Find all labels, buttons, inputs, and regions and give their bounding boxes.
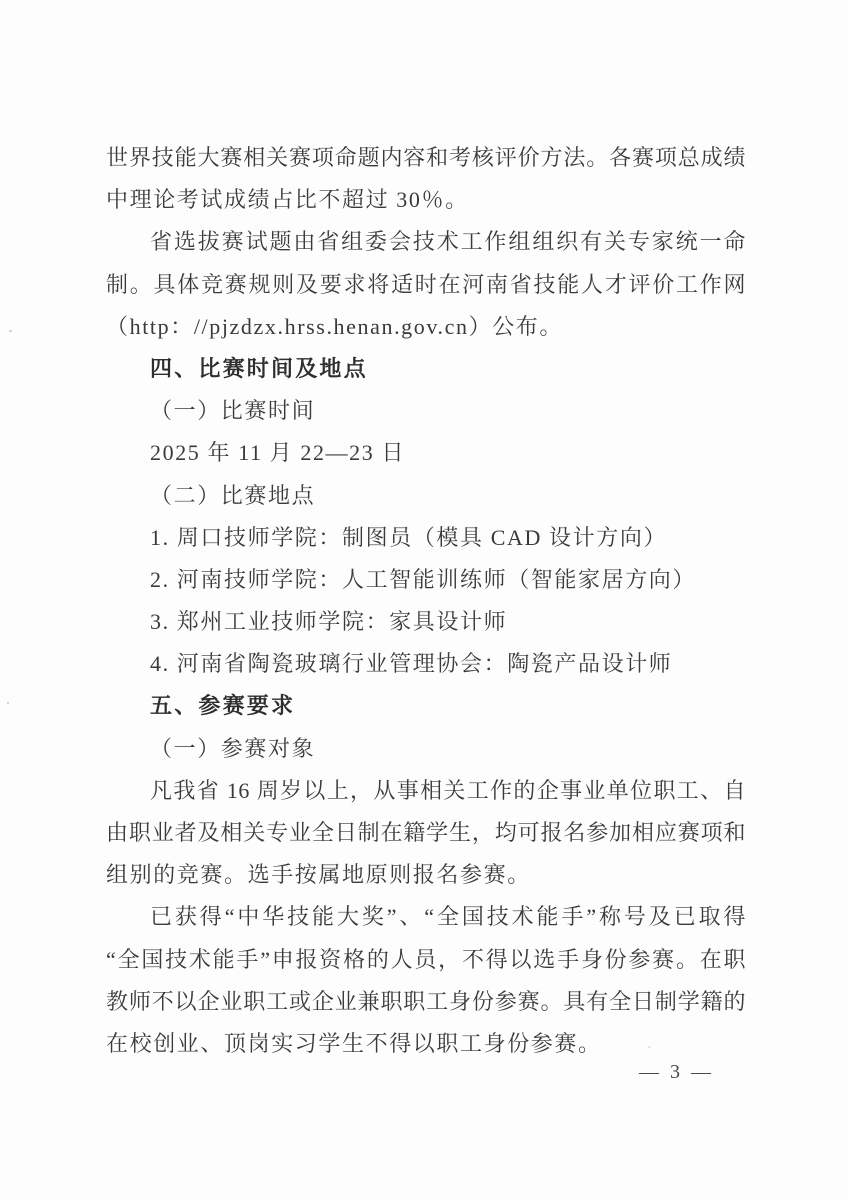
text-line: 已获得“中华技能大奖”、“全国技术能手”称号及已取得 bbox=[106, 896, 746, 938]
text-line: 3. 郑州工业技师学院：家具设计师 bbox=[106, 601, 746, 643]
page-number: — 3 — bbox=[639, 1061, 714, 1084]
text-line: 2025 年 11 月 22—23 日 bbox=[106, 432, 746, 474]
text-line: 4. 河南省陶瓷玻璃行业管理协会：陶瓷产品设计师 bbox=[106, 643, 746, 685]
text-line: （http：//pjzdzx.hrss.henan.gov.cn）公布。 bbox=[106, 306, 746, 348]
text-line: 省选拔赛试题由省组委会技术工作组组织有关专家统一命 bbox=[106, 221, 746, 263]
text-line: 凡我省 16 周岁以上，从事相关工作的企事业单位职工、自 bbox=[106, 770, 746, 812]
section-heading: 五、参赛要求 bbox=[106, 685, 746, 727]
text-line: 世界技能大赛相关赛项命题内容和考核评价方法。各赛项总成绩 bbox=[106, 137, 746, 179]
text-line: 2. 河南技师学院：人工智能训练师（智能家居方向） bbox=[106, 559, 746, 601]
text-line: 1. 周口技师学院：制图员（模具 CAD 设计方向） bbox=[106, 517, 746, 559]
text-line: 制。具体竞赛规则及要求将适时在河南省技能人才评价工作网 bbox=[106, 264, 746, 306]
document-page: 世界技能大赛相关赛项命题内容和考核评价方法。各赛项总成绩中理论考试成绩占比不超过… bbox=[0, 0, 848, 1200]
text-line: （一）比赛时间 bbox=[106, 390, 746, 432]
text-line: （一）参赛对象 bbox=[106, 728, 746, 770]
text-line: 在校创业、顶岗实习学生不得以职工身份参赛。 bbox=[106, 1023, 746, 1065]
text-line: 由职业者及相关专业全日制在籍学生，均可报名参加相应赛项和 bbox=[106, 812, 746, 854]
scan-speck bbox=[7, 702, 9, 704]
text-line: 中理论考试成绩占比不超过 30％。 bbox=[106, 179, 746, 221]
text-line: 教师不以企业职工或企业兼职职工身份参赛。具有全日制学籍的 bbox=[106, 981, 746, 1023]
text-line: “全国技术能手”申报资格的人员，不得以选手身份参赛。在职 bbox=[106, 939, 746, 981]
scan-speck bbox=[9, 330, 12, 332]
section-heading: 四、比赛时间及地点 bbox=[106, 348, 746, 390]
document-body: 世界技能大赛相关赛项命题内容和考核评价方法。各赛项总成绩中理论考试成绩占比不超过… bbox=[106, 137, 746, 1065]
text-line: （二）比赛地点 bbox=[106, 475, 746, 517]
text-line: 组别的竞赛。选手按属地原则报名参赛。 bbox=[106, 854, 746, 896]
